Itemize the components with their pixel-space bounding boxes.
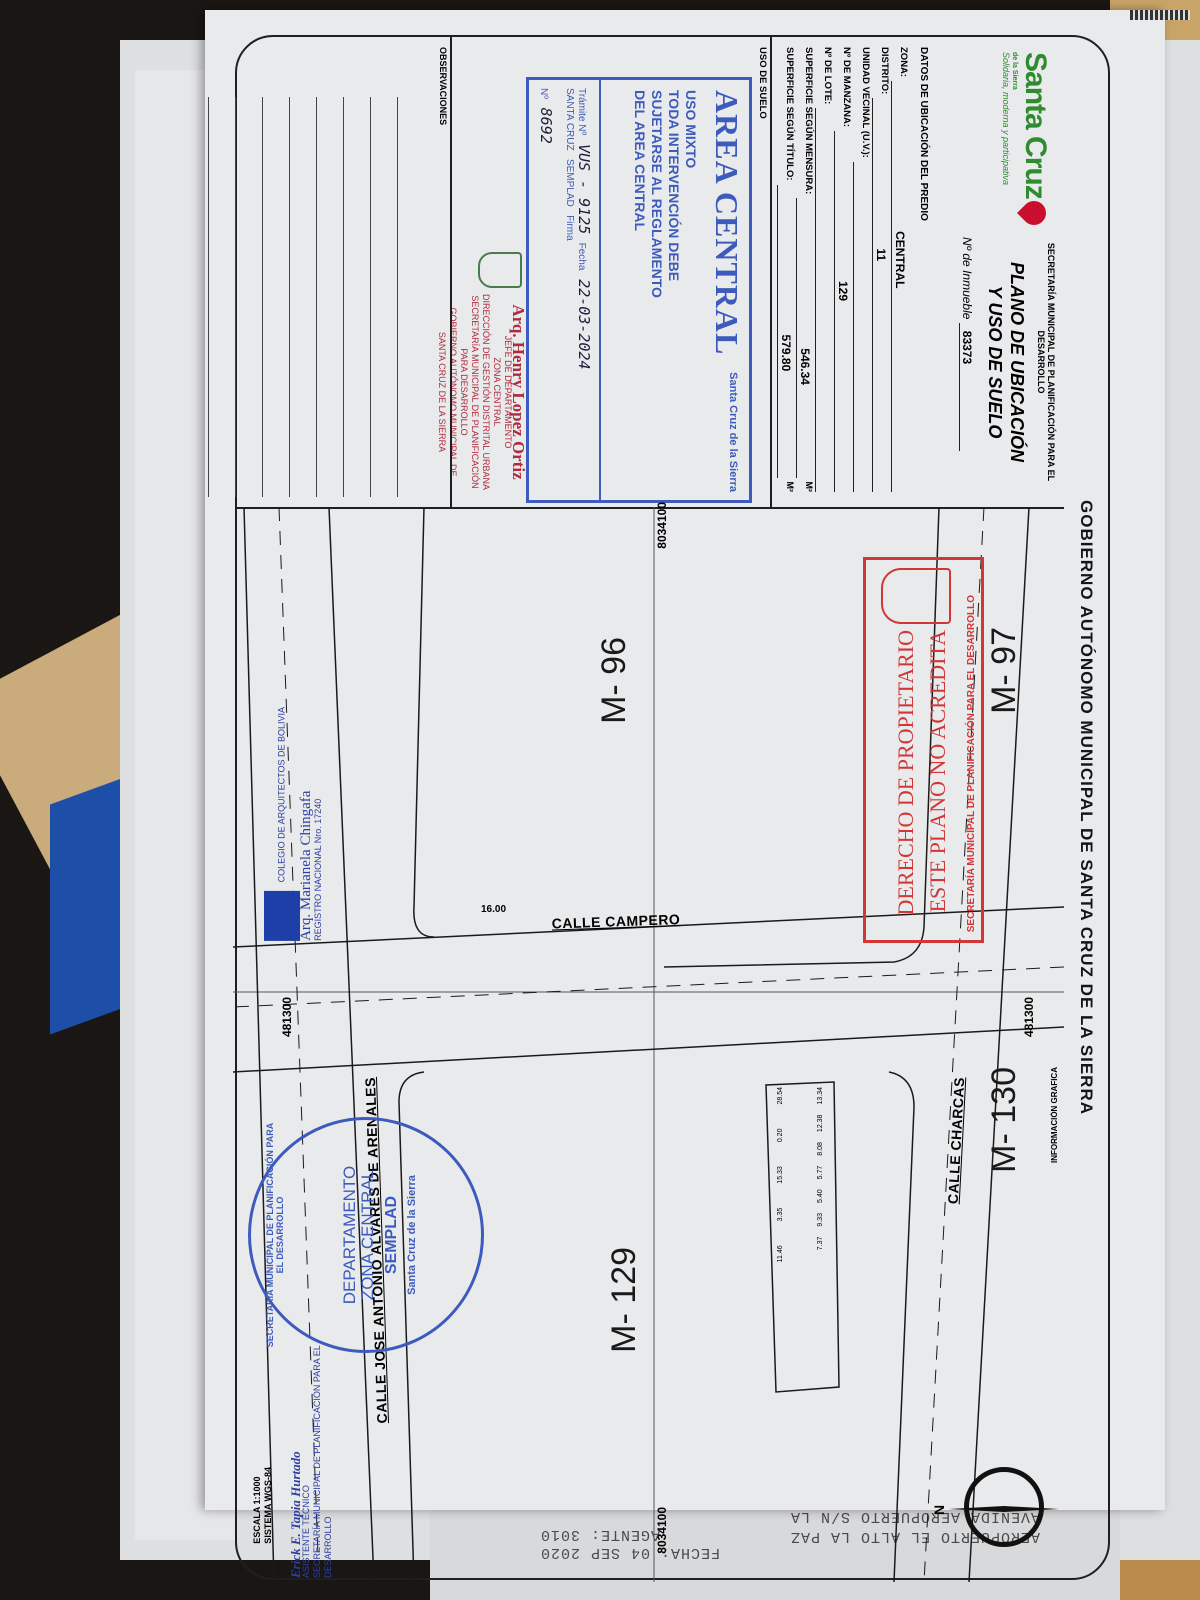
- round-stamp-line-2: ZONA CENTRAL: [359, 1120, 377, 1350]
- info-panel: Santa Cruz de la Sierra Solidaria, moder…: [237, 37, 1064, 509]
- no-ownership-stamp: SECRETARÍA MUNICIPAL DE PLANIFICACIÓN PA…: [863, 557, 984, 943]
- block-label: M- 130: [985, 1067, 1024, 1173]
- scale-info: ESCALA 1:1000 SISTEMA WGS-84: [252, 1467, 274, 1544]
- inmueble-label: Nº de Inmueble: [960, 237, 974, 319]
- block-label: M- 96: [595, 637, 634, 724]
- jefe-zone: ZONA CENTRAL: [491, 292, 502, 492]
- jefe-direction: DIRECCIÓN DE GESTIÓN DISTRITAL URBANA: [480, 292, 491, 492]
- blue-folder: [50, 775, 130, 1034]
- observaciones-lines: [208, 97, 424, 497]
- coordinate-easting-top: 481300: [1022, 997, 1036, 1037]
- plan-title-line-1: PLANO DE UBICACIÓN: [1006, 232, 1028, 492]
- logo-subname: de la Sierra: [1011, 52, 1018, 232]
- round-stamp-brand: Santa Cruz de la Sierra: [406, 1120, 418, 1350]
- stamp-text: USO MIXTO TODA INTERVENCIÓN DEBE SUJETAR…: [631, 90, 699, 298]
- area-central-stamp: AREA CENTRAL Santa Cruz de la Sierra USO…: [526, 77, 752, 503]
- stamp-form: Trámite Nº VUS - 9125 Fecha 22-03-2024 S…: [529, 80, 601, 500]
- field-value: 129: [836, 281, 850, 301]
- coordinate-easting-bottom: 481300: [280, 997, 294, 1037]
- departamento-round-stamp: SECRETARÍA MUNICIPAL DE PLANIFICACIÓN PA…: [248, 1117, 484, 1353]
- plan-title: PLANO DE UBICACIÓN Y USO DE SUELO: [984, 232, 1028, 492]
- coordinate-northing-right: 8034100: [655, 1507, 669, 1554]
- technical-org: SECRETARÍA MUNICIPAL DE PLANIFICACIÓN PA…: [312, 1287, 334, 1578]
- field-superficie-titulo: SUPERFICIE SEGÚN TÍTULO:579.80M²: [777, 47, 795, 492]
- field-uv: UNIDAD VECINAL (U.V.):: [853, 47, 871, 492]
- plan-title-line-2: Y USO DE SUELO: [984, 232, 1006, 492]
- uso-de-suelo-label: USO DE SUELO: [757, 47, 768, 119]
- datos-title: DATOS DE UBICACIÓN DEL PREDIO: [918, 47, 929, 221]
- system-label: SISTEMA WGS-84: [263, 1467, 274, 1544]
- round-stamp-office: SEMPLAD: [383, 1120, 401, 1350]
- north-label: N: [931, 1505, 947, 1515]
- fecha-label: Fecha: [576, 243, 587, 271]
- inmueble-value: 83373: [959, 323, 974, 451]
- field-value: 546.34: [798, 348, 812, 385]
- qr-code: [1130, 10, 1190, 20]
- jefe-name: Arq. Henry Lopez Ortiz: [513, 292, 524, 492]
- tramite-label: Trámite Nº: [576, 88, 587, 135]
- street-width: 16.00: [481, 904, 506, 915]
- red-stamp-line-1: ESTE PLANO NO ACREDITA: [925, 630, 951, 912]
- secretaria-label: SECRETARÍA MUNICIPAL DE PLANIFICACIÓN PA…: [1036, 232, 1056, 492]
- architect-org: COLEGIO DE ARQUITECTOS DE BOLIVIA: [276, 707, 286, 882]
- numero-label: Nº: [538, 88, 549, 99]
- lot-dimensions: 7.37 9.33 5.40 5.77 8.08 12.38 13.34: [817, 1087, 824, 1250]
- field-distrito: DISTRITO:11: [872, 47, 890, 492]
- technical-name: Erick E. Tapia Hurtado: [290, 1287, 301, 1578]
- office-label: SEMPLAD: [564, 159, 575, 207]
- inmueble-field: Nº de Inmueble 83373: [959, 237, 974, 451]
- field-lote: Nº DE LOTE:: [815, 47, 833, 492]
- colegio-arquitectos-logo: [264, 891, 300, 941]
- city-label: SANTA CRUZ: [564, 88, 575, 151]
- divider: [770, 37, 772, 507]
- lot-dimensions: 11.46 3.35 15.33 0.20 28.54: [777, 1087, 784, 1262]
- observaciones-label: OBSERVACIONES: [438, 47, 448, 125]
- jefe-secretaria: SECRETARÍA MUNICIPAL DE PLANIFICACIÓN PA…: [458, 292, 480, 492]
- map-area: INFORMACIÓN GRAFICA M- 97 M- 96 M- 130 M…: [237, 507, 1064, 1578]
- technical-assistant-stamp: Erick E. Tapia Hurtado ASISTENTE TÉCNICO…: [290, 1287, 334, 1578]
- field-value: 11: [874, 248, 888, 261]
- architect-stamp: COLEGIO DE ARQUITECTOS DE BOLIVIA Arq. M…: [264, 707, 324, 941]
- tramite-value: VUS - 9125: [575, 144, 593, 234]
- map-section-label: INFORMACIÓN GRAFICA: [1050, 1067, 1059, 1163]
- coat-of-arms-icon: [881, 568, 951, 624]
- field-superficie-mensura: SUPERFICIE SEGÚN MENSURA:546.34M²: [796, 47, 814, 492]
- architect-registry: REGISTRO NACIONAL Nro. 17240: [312, 707, 324, 941]
- field-value: 579.80: [779, 335, 793, 372]
- coordinate-northing-left: 8034100: [655, 502, 669, 549]
- north-arrow-icon: N: [964, 1467, 1044, 1547]
- plan-frame: GOBIERNO AUTÓNOMO MUNICIPAL DE SANTA CRU…: [235, 35, 1110, 1580]
- architect-name: Arq. Marianela Chingafa: [300, 707, 312, 941]
- block-label: M- 97: [985, 627, 1024, 714]
- logo-text: Santa Cruz: [1019, 52, 1052, 199]
- fecha-value: 22-03-2024: [575, 279, 593, 369]
- red-stamp-header: SECRETARÍA MUNICIPAL DE PLANIFICACIÓN PA…: [966, 595, 977, 932]
- logo-tagline: Solidaria, moderna y participativa: [1001, 52, 1011, 232]
- divider: [450, 37, 452, 507]
- red-stamp-line-2: DERECHO DE PROPIETARIO: [893, 630, 919, 915]
- municipal-logo: Santa Cruz de la Sierra Solidaria, moder…: [942, 52, 1052, 232]
- government-title: GOBIERNO AUTÓNOMO MUNICIPAL DE SANTA CRU…: [1064, 37, 1108, 1578]
- stamp-brand: Santa Cruz de la Sierra: [727, 372, 739, 492]
- round-stamp-line-1: DEPARTAMENTO: [341, 1120, 359, 1350]
- heart-icon: [1017, 196, 1051, 230]
- field-value: CENTRAL: [893, 231, 907, 288]
- numero-value: 8692: [537, 108, 555, 144]
- block-label: M- 129: [605, 1247, 644, 1353]
- scale-label: ESCALA 1:1000: [252, 1467, 263, 1544]
- round-stamp-ring-text: SECRETARÍA MUNICIPAL DE PLANIFICACIÓN PA…: [265, 1120, 285, 1350]
- jefe-gobierno: GOBIERNO AUTÓNOMO MUNICIPAL DE SANTA CRU…: [436, 292, 458, 492]
- technical-title: ASISTENTE TÉCNICO: [301, 1287, 312, 1578]
- firma-label: Firma: [564, 215, 575, 241]
- stamp-heading: AREA CENTRAL: [708, 90, 745, 355]
- field-zona: ZONA:CENTRAL: [891, 47, 909, 492]
- field-manzana: Nº DE MANZANA:129: [834, 47, 852, 492]
- coat-of-arms-icon: [478, 252, 522, 288]
